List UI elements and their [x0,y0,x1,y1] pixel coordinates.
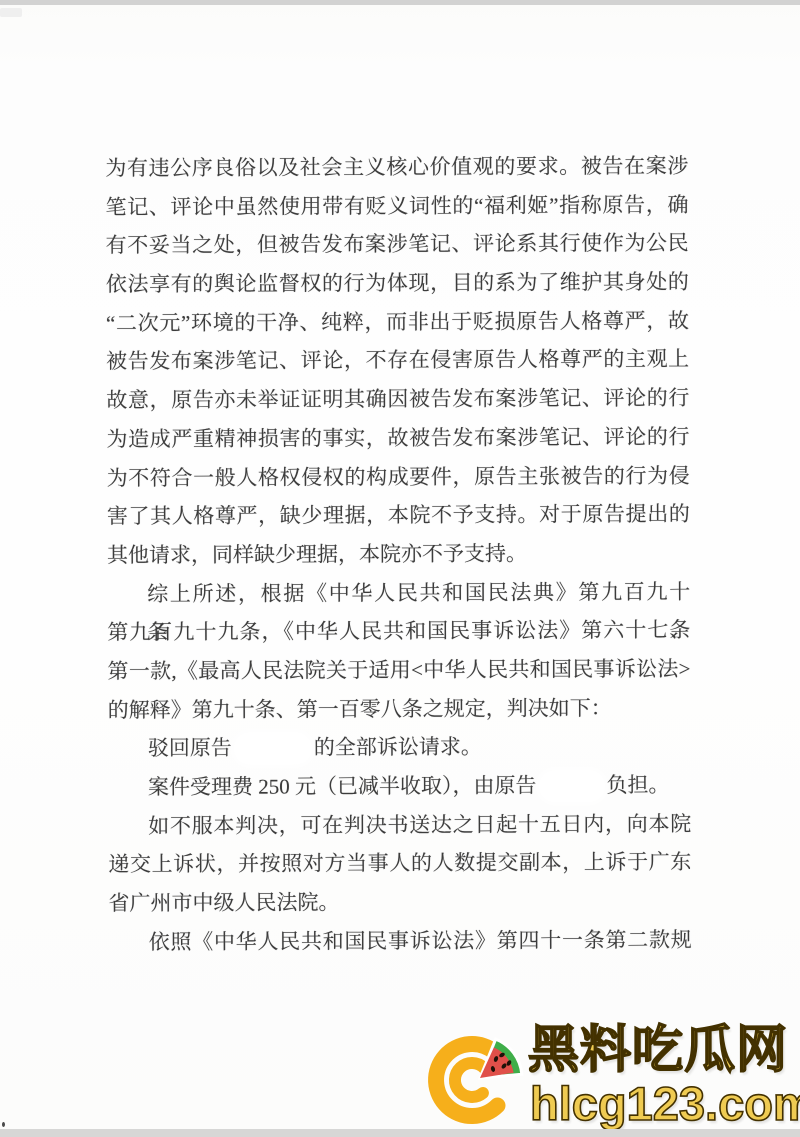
text-segment: 为造成严重精神损害的事实，故被告发布案涉笔记、评论的行 [106,425,689,452]
text-line: 有不妥当之处，但被告发布案涉笔记、评论系其行使作为公民 [106,224,689,265]
text-line: 故意，原告亦未举证证明其确因被告发布案涉笔记、评论的行 [106,379,689,420]
text-segment: 被告发布案涉笔记、评论，不存在侵害原告人格尊严的主观上 [106,347,689,374]
site-logo [422,1018,534,1137]
text-line: 综上所述，根据《中华人民共和国民法典》第九百九十条、 [107,572,690,613]
text-line: 第九百九十九条，《中华人民共和国民事诉讼法》第六十七条 [107,611,690,652]
watermark-site-url: hlcg123.com [530,1077,800,1131]
text-segment: 其他请求，同样缺少理据，本院亦不予支持。 [107,541,527,567]
text-segment: 第一款,《最高人民法院关于适用<中华人民共和国民事诉讼法> [107,657,690,684]
text-line: 递交上诉状，并按照对方当事人的人数提交副本，上诉于广东 [108,843,691,884]
watermark: 黑料吃瓜网 hlcg123.com [420,1014,800,1137]
redaction-blob [541,773,601,799]
text-segment: 依法享有的舆论监督权的行为体现，目的系为了维护其身处的 [106,270,689,297]
text-segment: 省广州市中级人民法院。 [108,890,339,915]
scan-bottom-edge [0,1129,800,1137]
text-line: 如不服本判决，可在判决书送达之日起十五日内，向本院 [108,804,691,845]
text-line: 被告发布案涉笔记、评论，不存在侵害原告人格尊严的主观上 [106,340,689,381]
logo-inner-ring [455,1063,484,1097]
text-segment: 害了其人格尊严，缺少理据，本院不予支持。对于原告提出的 [107,502,690,529]
text-line: 其他请求，同样缺少理据，本院亦不予支持。 [107,534,690,575]
text-line: 省广州市中级人民法院。 [108,882,691,923]
text-line: 依法享有的舆论监督权的行为体现，目的系为了维护其身处的 [106,263,689,304]
text-line: 驳回原告的全部诉讼请求。 [108,727,691,768]
text-segment: 故意，原告亦未举证证明其确因被告发布案涉笔记、评论的行 [106,386,689,413]
watermark-site-name: 黑料吃瓜网 [528,1022,798,1078]
text-segment: “二次元”环境的干净、纯粹，而非出于贬损原告人格尊严，故 [106,308,689,335]
text-segment: 如不服本判决，可在判决书送达之日起十五日内，向本院 [148,811,691,837]
text-segment: 笔记、评论中虽然使用带有贬义词性的“福利姬”指称原告，确 [105,192,688,219]
text-segment: 为有违公序良俗以及社会主义核心价值观的要求。被告在案涉 [105,154,688,181]
document-text: 为有违公序良俗以及社会主义核心价值观的要求。被告在案涉笔记、评论中虽然使用带有贬… [105,147,692,962]
redaction-blob [237,736,309,762]
text-segment: 的全部诉讼请求。 [314,735,482,760]
text-line: 为有违公序良俗以及社会主义核心价值观的要求。被告在案涉 [105,147,688,188]
text-segment: 依照《中华人民共和国民事诉讼法》第四十一条第二款规 [149,927,692,953]
text-segment: 负担。 [606,773,669,797]
text-segment: 的解释》第九十条、第一百零八条之规定，判决如下： [108,696,612,722]
text-segment: 为不符合一般人格权侵权的构成要件，原告主张被告的行为侵 [107,463,690,490]
text-line: 为不符合一般人格权侵权的构成要件，原告主张被告的行为侵 [107,456,690,497]
text-line: 依照《中华人民共和国民事诉讼法》第四十一条第二款规 [109,920,692,961]
scan-speck [2,1122,5,1127]
scan-corner-smudge [0,8,22,17]
scan-top-edge [0,0,800,5]
text-line: 笔记、评论中虽然使用带有贬义词性的“福利姬”指称原告，确 [105,185,688,226]
text-segment: 第九百九十九条，《中华人民共和国民事诉讼法》第六十七条 [107,618,690,645]
text-line: 的解释》第九十条、第一百零八条之规定，判决如下： [108,688,691,729]
text-line: 害了其人格尊严，缺少理据，本院不予支持。对于原告提出的 [107,495,690,536]
text-line: 第一款,《最高人民法院关于适用<中华人民共和国民事诉讼法> [107,650,690,691]
text-segment: 驳回原告 [148,736,232,760]
text-segment: 有不妥当之处，但被告发布案涉笔记、评论系其行使作为公民 [106,231,689,258]
text-line: “二次元”环境的干净、纯粹，而非出于贬损原告人格尊严，故 [106,301,689,342]
text-line: 案件受理费 250 元（已减半收取），由原告负担。 [108,766,691,807]
text-segment: 案件受理费 250 元（已减半收取），由原告 [148,773,537,799]
text-line: 为造成严重精神损害的事实，故被告发布案涉笔记、评论的行 [106,418,689,459]
text-segment: 递交上诉状，并按照对方当事人的人数提交副本，上诉于广东 [108,850,691,877]
